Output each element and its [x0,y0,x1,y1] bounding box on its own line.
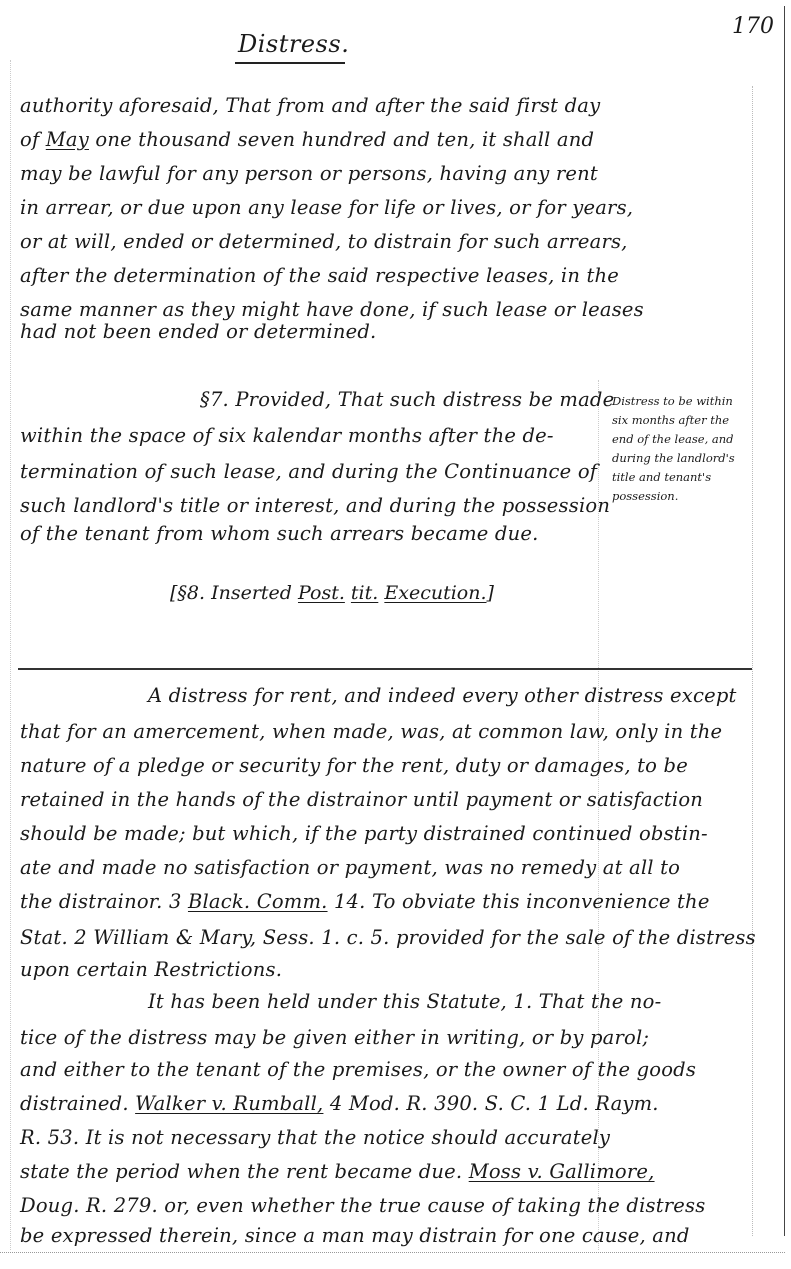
section7-line: §7. Provided, That such distress be made [200,388,614,411]
statute-line-text: of May one thousand seven hundred and te… [20,128,594,151]
held-text: distrained. [20,1092,135,1115]
held-text: state the period when the rent became du… [20,1160,469,1183]
inserted-prefix: [§8. Inserted [170,582,298,604]
held-line: R. 53. It is not necessary that the noti… [20,1126,610,1149]
commentary-line: ate and made no satisfaction or payment,… [20,856,680,879]
manuscript-page: Distress. 170 authority aforesaid, That … [0,0,791,1269]
citation-moss-v-gallimore: Moss v. Gallimore, [469,1160,655,1183]
bottom-page-edge [0,1252,785,1253]
sidenote-line: end of the lease, and [612,430,782,449]
citation-blackstone: Black. Comm. [188,890,328,913]
held-text: 4 Mod. R. 390. S. C. 1 Ld. Raym. [323,1092,658,1115]
held-line: distrained. Walker v. Rumball, 4 Mod. R.… [20,1092,659,1115]
title-underline [235,62,345,64]
section7-line: within the space of six kalendar months … [20,424,554,447]
inserted-post: Post. [298,582,345,604]
sidenote-line: Distress to be within [612,392,782,411]
underlined-may: May [46,128,89,151]
page-number: 170 [732,14,774,39]
commentary-text: 14. To obviate this inconvenience the [328,890,710,913]
inserted-section-note: [§8. Inserted Post. tit. Execution.] [170,582,494,604]
commentary-line: nature of a pledge or security for the r… [20,754,688,777]
section-separator [18,668,752,670]
held-line: It has been held under this Statute, 1. … [148,990,661,1013]
right-page-rule [784,6,785,1236]
statute-line: after the determination of the said resp… [20,264,619,287]
section7-line: termination of such lease, and during th… [20,460,597,483]
statute-line: or at will, ended or determined, to dist… [20,230,628,253]
held-line: and either to the tenant of the premises… [20,1058,696,1081]
sidenote-line: during the landlord's [612,449,782,468]
commentary-line: retained in the hands of the distrainor … [20,788,703,811]
statute-line: in arrear, or due upon any lease for lif… [20,196,633,219]
commentary-line: upon certain Restrictions. [20,958,282,981]
page-title: Distress. [238,30,349,58]
held-line: tice of the distress may be given either… [20,1026,649,1049]
commentary-line: the distrainor. 3 Black. Comm. 14. To ob… [20,890,710,913]
section7-line: of the tenant from whom such arrears bec… [20,522,538,545]
held-line: state the period when the rent became du… [20,1160,655,1183]
statute-line: authority aforesaid, That from and after… [20,94,600,117]
commentary-line: that for an amercement, when made, was, … [20,720,722,743]
sidenote-line: title and tenant's [612,468,782,487]
sidenote-line: possession. [612,487,782,506]
inserted-suffix: ] [487,582,494,604]
held-line: be expressed therein, since a man may di… [20,1224,690,1247]
commentary-line: A distress for rent, and indeed every ot… [148,684,737,707]
right-margin-dots [752,86,753,1236]
citation-walker-v-rumball: Walker v. Rumball, [135,1092,323,1115]
commentary-line: should be made; but which, if the party … [20,822,708,845]
left-margin-dots [10,60,11,1250]
commentary-line: Stat. 2 William & Mary, Sess. 1. c. 5. p… [20,926,756,949]
sidenote-line: six months after the [612,411,782,430]
margin-sidenote: Distress to be within six months after t… [612,392,782,506]
statute-line: same manner as they might have done, if … [20,298,644,321]
statute-line: may be lawful for any person or persons,… [20,162,598,185]
statute-line: had not been ended or determined. [20,320,376,343]
held-line: Doug. R. 279. or, even whether the true … [20,1194,705,1217]
inserted-tit: tit. [351,582,378,604]
statute-line: of May one thousand seven hundred and te… [20,128,594,151]
inserted-execution: Execution. [384,582,486,604]
section7-line: such landlord's title or interest, and d… [20,494,610,517]
commentary-text: the distrainor. 3 [20,890,188,913]
